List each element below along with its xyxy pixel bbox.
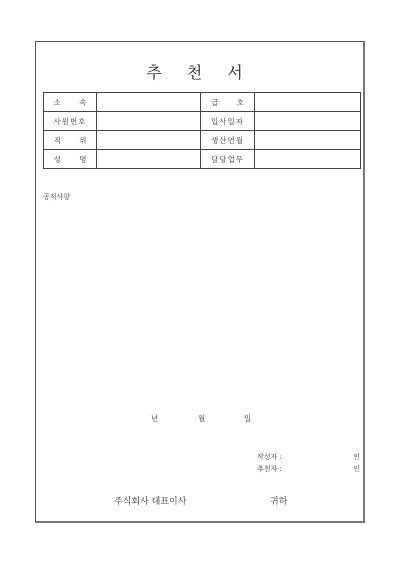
- recommender-label: 추천자 :: [257, 464, 282, 474]
- table-row: 사원번호 입사일자: [44, 112, 361, 131]
- writer-row: 작성자 : 인: [257, 452, 360, 464]
- addressee: 귀하: [270, 494, 287, 507]
- label-birth-date: 생산연월: [201, 131, 255, 150]
- table-row: 소 속 급 호: [44, 93, 361, 112]
- signers-block: 작성자 : 인 추천자 : 인: [257, 452, 360, 476]
- year-label: 년: [151, 413, 158, 424]
- recommendation-form: 추 천 서 소 속 급 호 사원번호 입사일자 직 위 생산연월 성 명 담당업…: [35, 41, 365, 523]
- field-birth-date[interactable]: [255, 131, 361, 150]
- field-hire-date[interactable]: [255, 112, 361, 131]
- field-position[interactable]: [97, 131, 201, 150]
- field-grade[interactable]: [255, 93, 361, 112]
- label-grade: 급 호: [201, 93, 255, 112]
- writer-label: 작성자 :: [257, 452, 282, 462]
- field-name[interactable]: [97, 150, 201, 169]
- field-duty[interactable]: [255, 150, 361, 169]
- field-employee-number[interactable]: [97, 112, 201, 131]
- label-duty: 담당업무: [201, 150, 255, 169]
- table-row: 성 명 담당업무: [44, 150, 361, 169]
- info-table: 소 속 급 호 사원번호 입사일자 직 위 생산연월 성 명 담당업무: [43, 92, 361, 169]
- label-name: 성 명: [44, 150, 97, 169]
- company-ceo: 주식회사 대표이사: [114, 494, 186, 507]
- day-label: 일: [244, 413, 251, 424]
- label-department: 소 속: [44, 93, 97, 112]
- recommender-row: 추천자 : 인: [257, 464, 360, 476]
- month-label: 월: [198, 413, 205, 424]
- label-position: 직 위: [44, 131, 97, 150]
- field-department[interactable]: [97, 93, 201, 112]
- document-title: 추 천 서: [36, 60, 363, 83]
- label-hire-date: 입사일자: [201, 112, 255, 131]
- writer-seal: 인: [353, 452, 360, 462]
- special-notes-label: 공적사항: [43, 192, 70, 202]
- table-row: 직 위 생산연월: [44, 131, 361, 150]
- recommender-seal: 인: [353, 464, 360, 474]
- label-employee-number: 사원번호: [44, 112, 97, 131]
